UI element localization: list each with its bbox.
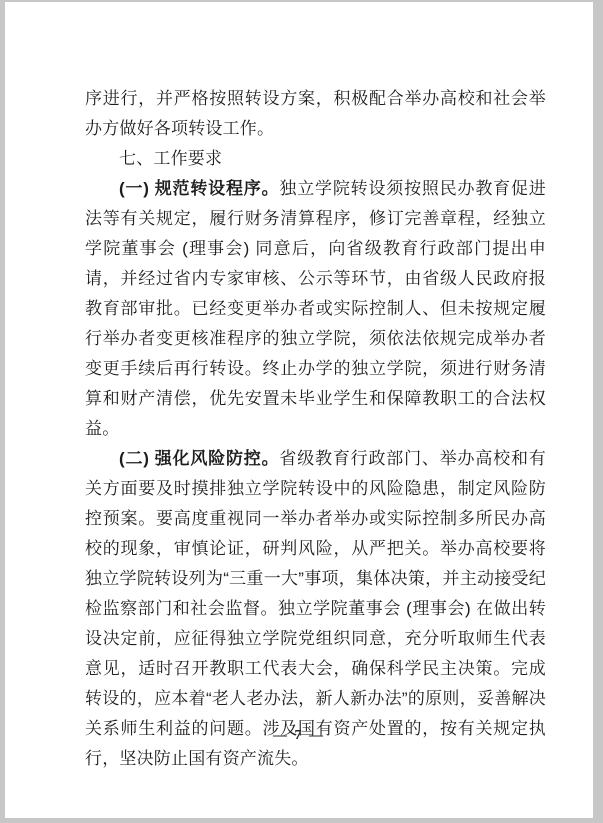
paragraph: 七、工作要求 <box>85 144 546 174</box>
document-page: 序进行，并严格按照转设方案，积极配合举办高校和社会举办方做好各项转设工作。七、工… <box>5 2 593 818</box>
paragraph-lead-bold: (二) 强化风险防控。 <box>119 449 279 468</box>
paragraph-lead-bold: (一) 规范转设程序。 <box>119 179 279 198</box>
paragraph-text: 独立学院转设须按照民办教育促进法等有关规定，履行财务清算程序，修订完善章程，经独… <box>85 179 546 438</box>
paragraph-text: 七、工作要求 <box>119 149 222 168</box>
paragraph: (一) 规范转设程序。独立学院转设须按照民办教育促进法等有关规定，履行财务清算程… <box>85 174 546 444</box>
paragraph-text: 序进行，并严格按照转设方案，积极配合举办高校和社会举办方做好各项转设工作。 <box>85 89 546 138</box>
paragraph: 序进行，并严格按照转设方案，积极配合举办高校和社会举办方做好各项转设工作。 <box>85 84 546 144</box>
document-viewer: 序进行，并严格按照转设方案，积极配合举办高校和社会举办方做好各项转设工作。七、工… <box>0 0 603 823</box>
paragraph-text: 省级教育行政部门、举办高校和有关方面要及时摸排独立学院转设中的风险隐患，制定风险… <box>85 449 546 768</box>
page-number: — 7 — <box>5 728 593 744</box>
document-body: 序进行，并严格按照转设方案，积极配合举办高校和社会举办方做好各项转设工作。七、工… <box>85 84 546 774</box>
paragraph: (二) 强化风险防控。省级教育行政部门、举办高校和有关方面要及时摸排独立学院转设… <box>85 444 546 774</box>
